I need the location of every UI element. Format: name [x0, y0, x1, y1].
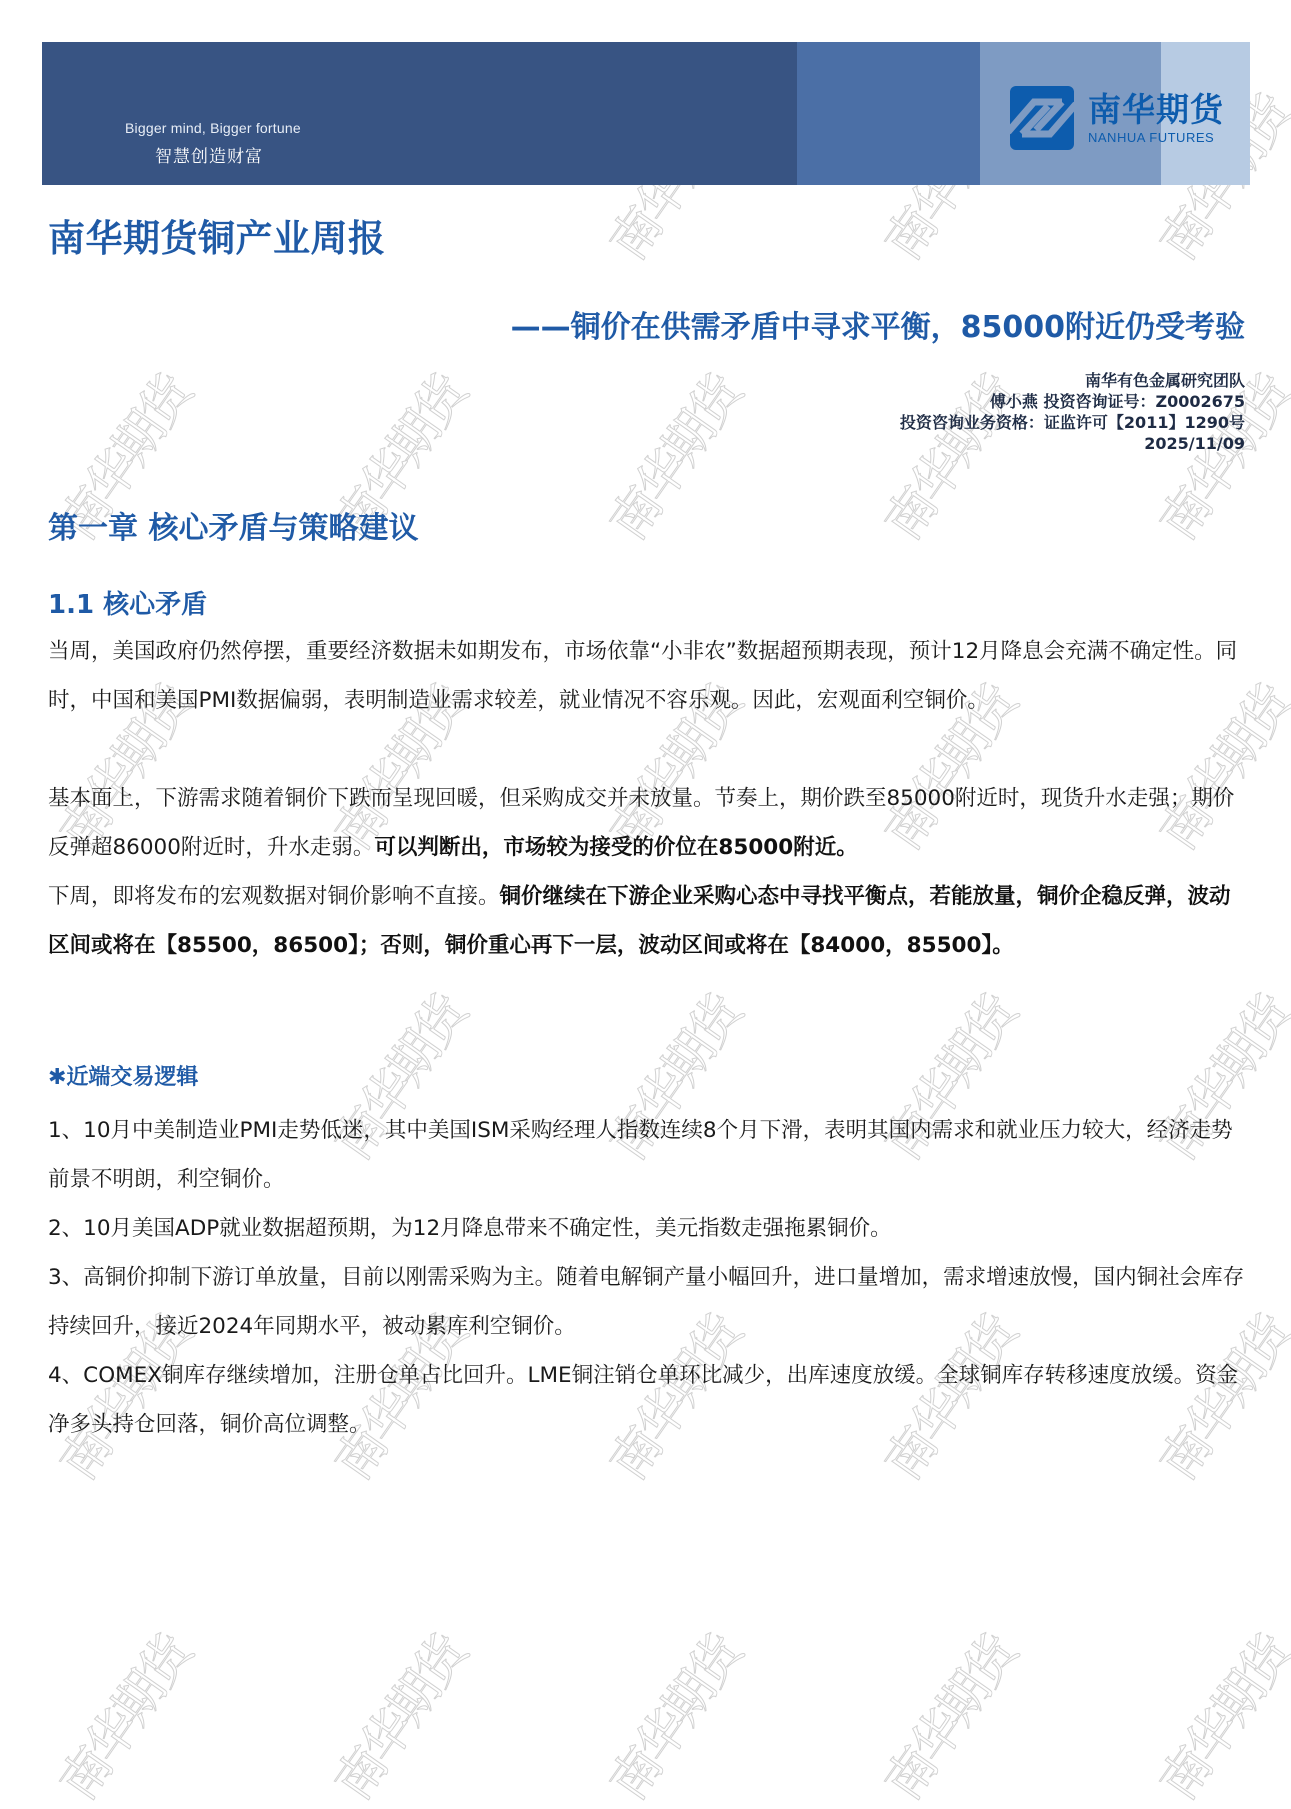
- list-item: 2、10月美国ADP就业数据超预期，为12月降息带来不确定性，美元指数走强拖累铜…: [48, 1204, 1248, 1253]
- document-subtitle: ——铜价在供需矛盾中寻求平衡，85000附近仍受考验: [511, 302, 1245, 346]
- watermark: 南华期货: [315, 1620, 480, 1809]
- report-date: 2025/11/09: [900, 433, 1245, 454]
- banner-band-medium: [797, 42, 980, 185]
- paragraph-fundamentals: 基本面上，下游需求随着铜价下跌而呈现回暖，但采购成交并未放量。节奏上，期价跌至8…: [48, 774, 1248, 872]
- list-item: 3、高铜价抑制下游订单放量，目前以刚需采购为主。随着电解铜产量小幅回升，进口量增…: [48, 1253, 1248, 1351]
- document-title: 南华期货铜产业周报: [48, 208, 386, 262]
- paragraph-outlook: 下周，即将发布的宏观数据对铜价影响不直接。铜价继续在下游企业采购心态中寻找平衡点…: [48, 872, 1248, 970]
- watermark: 南华期货: [865, 1620, 1030, 1809]
- watermark: 南华期货: [590, 360, 755, 552]
- author-info: 南华有色金属研究团队 傅小燕 投资咨询证号：Z0002675 投资咨询业务资格：…: [900, 370, 1245, 454]
- slogan-english: Bigger mind, Bigger fortune: [125, 120, 301, 136]
- logo-chinese-name: 南华期货: [1088, 92, 1224, 128]
- company-logo: 南华期货 NANHUA FUTURES: [1010, 86, 1224, 150]
- logo-english-name: NANHUA FUTURES: [1088, 130, 1224, 145]
- analyst-credential: 傅小燕 投资咨询证号：Z0002675: [900, 391, 1245, 412]
- section-heading: 1.1 核心矛盾: [48, 584, 207, 621]
- watermark: 南华期货: [1140, 1620, 1291, 1809]
- key-conclusion: 可以判断出，市场较为接受的价位在85000附近。: [374, 835, 857, 860]
- header-banner: Bigger mind, Bigger fortune 智慧创造财富 南华期货 …: [42, 42, 1250, 185]
- logo-mark-icon: [1010, 86, 1074, 150]
- near-term-logic-heading: ✱近端交易逻辑: [48, 1060, 198, 1091]
- research-team: 南华有色金属研究团队: [900, 370, 1245, 391]
- banner-band-dark: Bigger mind, Bigger fortune 智慧创造财富: [42, 42, 797, 185]
- chapter-heading: 第一章 核心矛盾与策略建议: [48, 503, 418, 547]
- license-info: 投资咨询业务资格：证监许可【2011】1290号: [900, 412, 1245, 433]
- slogan-chinese: 智慧创造财富: [155, 142, 263, 167]
- watermark: 南华期货: [590, 1620, 755, 1809]
- list-item: 1、10月中美制造业PMI走势低迷，其中美国ISM采购经理人指数连续8个月下滑，…: [48, 1106, 1248, 1204]
- watermark: 南华期货: [40, 1620, 205, 1809]
- list-item: 4、COMEX铜库存继续增加，注册仓单占比回升。LME铜注销仓单环比减少，出库速…: [48, 1351, 1248, 1449]
- paragraph-macro: 当周，美国政府仍然停摆，重要经济数据未如期发布，市场依靠“小非农”数据超预期表现…: [48, 627, 1248, 725]
